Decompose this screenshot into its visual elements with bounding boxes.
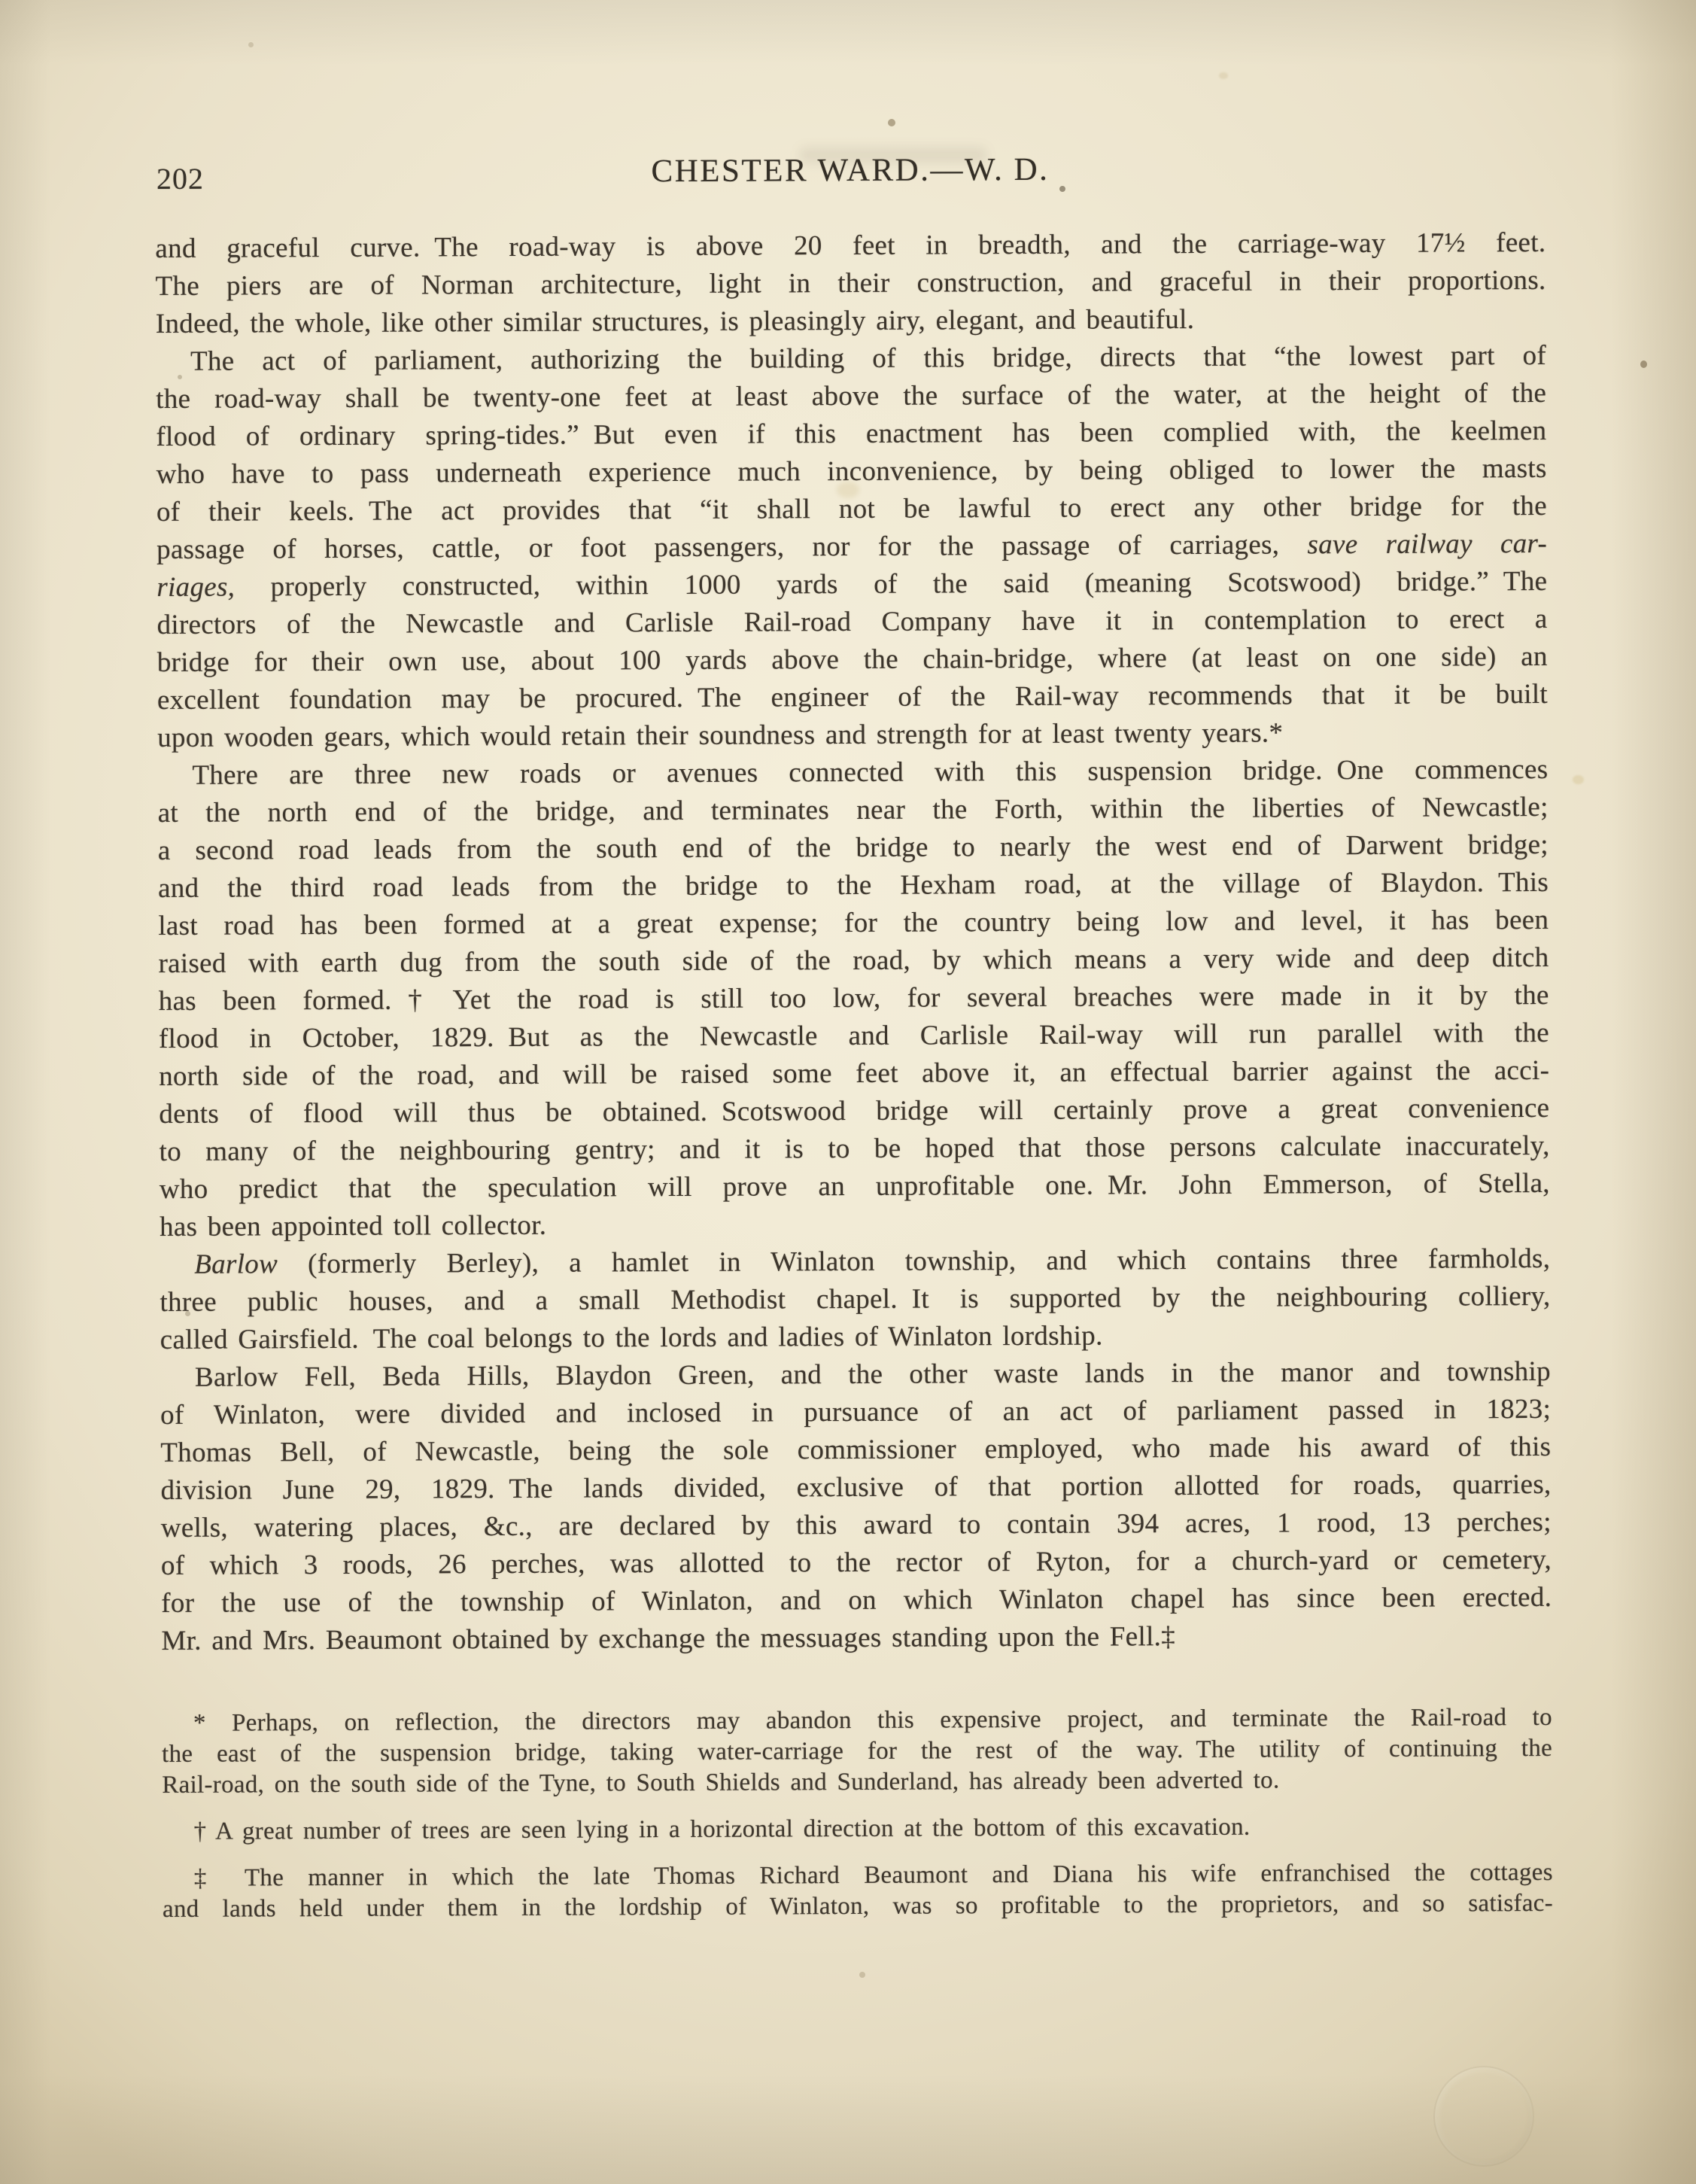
text-line: wells, watering places, &c., are declare…	[161, 1504, 1552, 1547]
text-line: excellent foundation may be procured. Th…	[157, 676, 1548, 719]
text-segment: who have to pass underneath experience m…	[157, 453, 1547, 490]
text-line: north side of the road, and will be rais…	[159, 1052, 1549, 1096]
text-line: riages, properly constructed, within 100…	[157, 563, 1547, 607]
text-line: The act of parliament, authorizing the b…	[156, 337, 1546, 381]
text-line: † A great number of trees are seen lying…	[162, 1811, 1552, 1848]
text-line: three public houses, and a small Methodi…	[160, 1278, 1550, 1322]
text-line: Thomas Bell, of Newcastle, being the sol…	[160, 1428, 1551, 1472]
text-line: Barlow Fell, Beda Hills, Blaydon Green, …	[160, 1353, 1551, 1397]
text-segment: a second road leads from the south end o…	[158, 829, 1549, 866]
footnote: ‡ The manner in which the late Thomas Ri…	[163, 1857, 1553, 1925]
text-line: flood in October, 1829. But as the Newca…	[159, 1014, 1549, 1058]
text-line: for the use of the township of Winlaton,…	[161, 1579, 1552, 1623]
text-segment: save railway car-	[1307, 528, 1547, 560]
text-line: flood of ordinary spring-tides.” But eve…	[156, 412, 1546, 456]
text-segment: last road has been formed at a great exp…	[158, 905, 1549, 941]
footnotes: * Perhaps, on reflection, the directors …	[162, 1702, 1553, 1941]
text-line: and the third road leads from the bridge…	[158, 864, 1549, 908]
embossed-mark	[1433, 2066, 1534, 2167]
text-segment: flood in October, 1829. But as the Newca…	[159, 1017, 1549, 1054]
text-segment: directors of the Newcastle and Carlisle …	[157, 604, 1547, 640]
page-number: 202	[157, 161, 204, 196]
text-line: has been formed.† Yet the road is still …	[159, 977, 1549, 1021]
text-segment: flood of ordinary spring-tides.” But eve…	[156, 415, 1546, 452]
text-segment: riages,	[157, 572, 235, 603]
text-segment: north side of the road, and will be rais…	[159, 1055, 1549, 1092]
text-line: bridge for their own use, about 100 yard…	[157, 638, 1548, 682]
text-segment: Barlow	[194, 1249, 278, 1279]
text-segment: dents of flood will thus be obtained. Sc…	[159, 1093, 1549, 1130]
text-line: Rail-road, on the south side of the Tyne…	[162, 1764, 1552, 1801]
text-line: the road-way shall be twenty-one feet at…	[156, 375, 1546, 418]
text-segment: and graceful curve. The road-way is abov…	[155, 227, 1546, 264]
text-segment: Mr. and Mrs. Beaumont obtained by exchan…	[161, 1621, 1175, 1656]
text-segment: There are three new roads or avenues con…	[192, 754, 1548, 791]
text-segment: properly constructed, within 1000 yards …	[235, 566, 1547, 603]
text-segment: * Perhaps, on reflection, the directors …	[193, 1704, 1552, 1737]
text-segment: The act of parliament, authorizing the b…	[190, 340, 1546, 377]
text-line: and lands held under them in the lordshi…	[163, 1888, 1553, 1925]
text-segment: † A great number of trees are seen lying…	[193, 1814, 1250, 1845]
footnote: † A great number of trees are seen lying…	[162, 1811, 1552, 1848]
text-line: of their keels. The act provides that “i…	[157, 488, 1547, 531]
text-segment: has been appointed toll collector.	[160, 1210, 546, 1243]
text-line: Barlow (formerly Berley), a hamlet in Wi…	[160, 1240, 1550, 1284]
text-segment: Barlow Fell, Beda Hills, Blaydon Green, …	[195, 1356, 1551, 1393]
text-segment: called Gairsfield. The coal belongs to t…	[160, 1321, 1103, 1355]
text-segment: to many of the neighbouring gentry; and …	[160, 1130, 1550, 1167]
document-page: 202 CHESTER WARD.—W. D. and graceful cur…	[0, 0, 1696, 2184]
page-content: 202 CHESTER WARD.—W. D. and graceful cur…	[0, 0, 1696, 2184]
text-line: directors of the Newcastle and Carlisle …	[157, 601, 1547, 644]
text-segment: of which 3 roods, 26 perches, was allott…	[161, 1544, 1552, 1581]
text-segment: of Winlaton, were divided and inclosed i…	[160, 1394, 1551, 1431]
text-segment: Indeed, the whole, like other similar st…	[156, 304, 1195, 339]
text-segment: for the use of the township of Winlaton,…	[161, 1582, 1552, 1619]
text-line: and graceful curve. The road-way is abov…	[155, 224, 1546, 268]
text-segment: Rail-road, on the south side of the Tyne…	[162, 1767, 1279, 1799]
text-segment: who predict that the speculation will pr…	[160, 1168, 1550, 1205]
text-line: to many of the neighbouring gentry; and …	[159, 1127, 1549, 1171]
text-segment: (formerly Berley), a hamlet in Winlaton …	[278, 1243, 1550, 1279]
text-segment: and the third road leads from the bridge…	[158, 867, 1549, 904]
text-segment: and lands held under them in the lordshi…	[163, 1890, 1553, 1923]
text-segment: passage of horses, cattle, or foot passe…	[157, 529, 1308, 565]
text-line: at the north end of the bridge, and term…	[158, 789, 1549, 832]
text-segment: Thomas Bell, of Newcastle, being the sol…	[160, 1431, 1551, 1468]
text-line: The piers are of Norman architecture, li…	[155, 262, 1546, 306]
text-segment: three public houses, and a small Methodi…	[160, 1281, 1550, 1318]
text-line: There are three new roads or avenues con…	[157, 751, 1548, 795]
text-line: passage of horses, cattle, or foot passe…	[157, 525, 1547, 569]
text-segment: at the north end of the bridge, and term…	[158, 792, 1549, 829]
text-segment: ‡ The manner in which the late Thomas Ri…	[194, 1859, 1553, 1892]
text-segment: wells, watering places, &c., are declare…	[161, 1507, 1552, 1544]
footnote: * Perhaps, on reflection, the directors …	[162, 1702, 1553, 1801]
text-segment: excellent foundation may be procured. Th…	[157, 679, 1548, 716]
text-segment: division June 29, 1829. The lands divide…	[160, 1469, 1551, 1506]
text-line: who have to pass underneath experience m…	[157, 450, 1547, 494]
text-line: Mr. and Mrs. Beaumont obtained by exchan…	[161, 1617, 1552, 1660]
text-segment: of their keels. The act provides that “i…	[157, 491, 1547, 528]
text-line: called Gairsfield. The coal belongs to t…	[160, 1316, 1551, 1359]
text-line: last road has been formed at a great exp…	[158, 902, 1549, 945]
text-segment: the road-way shall be twenty-one feet at…	[156, 378, 1546, 415]
text-line: has been appointed toll collector.	[160, 1203, 1550, 1246]
text-line: Indeed, the whole, like other similar st…	[156, 300, 1546, 343]
text-segment: The piers are of Norman architecture, li…	[155, 265, 1546, 302]
text-line: who predict that the speculation will pr…	[160, 1165, 1550, 1209]
text-line: the east of the suspension bridge, takin…	[162, 1733, 1552, 1770]
text-segment: has been formed.† Yet the road is still …	[159, 980, 1549, 1017]
text-line: division June 29, 1829. The lands divide…	[160, 1466, 1551, 1510]
text-line: upon wooden gears, which would retain th…	[157, 713, 1548, 757]
text-line: of Winlaton, were divided and inclosed i…	[160, 1391, 1551, 1434]
text-segment: the east of the suspension bridge, takin…	[162, 1735, 1552, 1768]
text-segment: bridge for their own use, about 100 yard…	[157, 641, 1548, 678]
text-segment: upon wooden gears, which would retain th…	[157, 717, 1283, 753]
text-line: of which 3 roods, 26 perches, was allott…	[161, 1541, 1552, 1585]
text-line: raised with earth dug from the south sid…	[158, 939, 1549, 983]
text-line: dents of flood will thus be obtained. Sc…	[159, 1090, 1549, 1133]
text-segment: raised with earth dug from the south sid…	[158, 942, 1549, 979]
ink-smudge	[799, 148, 987, 163]
body-text: and graceful curve. The road-way is abov…	[155, 224, 1552, 1660]
text-line: a second road leads from the south end o…	[158, 826, 1549, 870]
